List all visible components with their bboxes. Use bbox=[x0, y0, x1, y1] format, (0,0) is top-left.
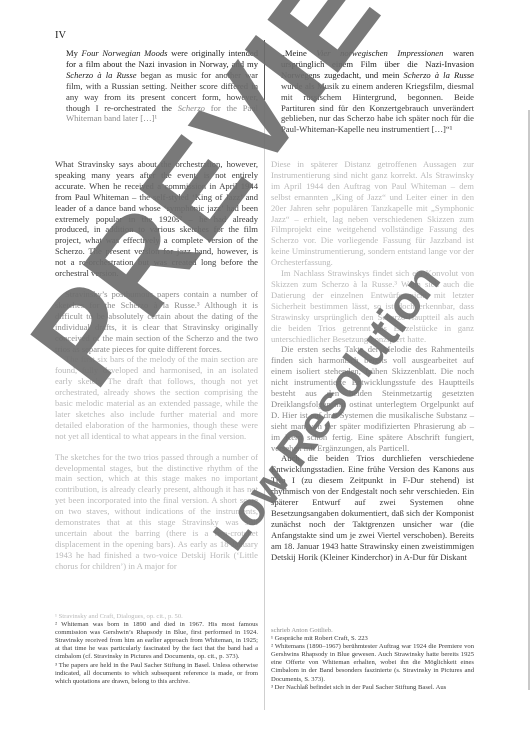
work-title: Scherzo bbox=[178, 103, 205, 113]
paragraph: Im Nachlass Strawinskys findet sich ein … bbox=[271, 268, 474, 344]
work-title: Scherzo à la Russe bbox=[404, 70, 474, 80]
column-divider-accent bbox=[264, 40, 265, 100]
work-title: Vier norwegischen Impressionen bbox=[316, 48, 443, 58]
paragraph: The sketches for the two trios passed th… bbox=[55, 452, 258, 572]
footnote: ¹ Stravinsky and Craft, Dialogues, op. c… bbox=[55, 613, 258, 621]
paragraph: Die ersten sechs Takte der Melodie des R… bbox=[271, 344, 474, 453]
work-title: Four Norwegian Moods bbox=[82, 48, 168, 58]
footnote: ² Whiteman was born in 1890 and died in … bbox=[55, 621, 258, 661]
paragraph: Auch die beiden Trios durchliefen versch… bbox=[271, 453, 474, 562]
footnote: ³ The papers are held in the Paul Sacher… bbox=[55, 662, 258, 686]
paragraph: The first six bars of the melody of the … bbox=[55, 354, 258, 441]
footnotes-german: schrieb Anton Gottlieb. ¹ Gespräche mit … bbox=[271, 627, 474, 692]
footnote: ¹ Gespräche mit Robert Craft, S. 223 bbox=[271, 635, 474, 643]
paragraph: What Stravinsky says about the orchestra… bbox=[55, 159, 258, 279]
quote-text: „Meine bbox=[281, 48, 316, 58]
paragraph: Diese in späterer Distanz getroffenen Au… bbox=[271, 159, 474, 268]
paragraph: Stravinsky’s posthumous papers contain a… bbox=[55, 289, 258, 354]
block-quote-german: „Meine Vier norwegischen Impressionen wa… bbox=[281, 48, 474, 135]
column-divider bbox=[264, 40, 265, 710]
body-text-english: What Stravinsky says about the orchestra… bbox=[55, 159, 258, 572]
work-title: Scherzo à la Russe bbox=[66, 70, 137, 80]
quote-text: My bbox=[66, 48, 82, 58]
body-text-german: Diese in späterer Distanz getroffenen Au… bbox=[271, 159, 474, 563]
footnotes-english: ¹ Stravinsky and Craft, Dialogues, op. c… bbox=[55, 613, 258, 686]
footnote: schrieb Anton Gottlieb. bbox=[271, 627, 474, 635]
block-quote-english: My Four Norwegian Moods were originally … bbox=[66, 48, 258, 124]
page-number: IV bbox=[55, 30, 66, 41]
quote-text: wurde als Musik zu einem anderen Kriegsf… bbox=[281, 81, 474, 135]
footnote: ³ Der Nachlaß befindet sich in der Paul … bbox=[271, 684, 474, 692]
footnote: ² Whitemans (1890–1967) berühmtester Auf… bbox=[271, 643, 474, 683]
